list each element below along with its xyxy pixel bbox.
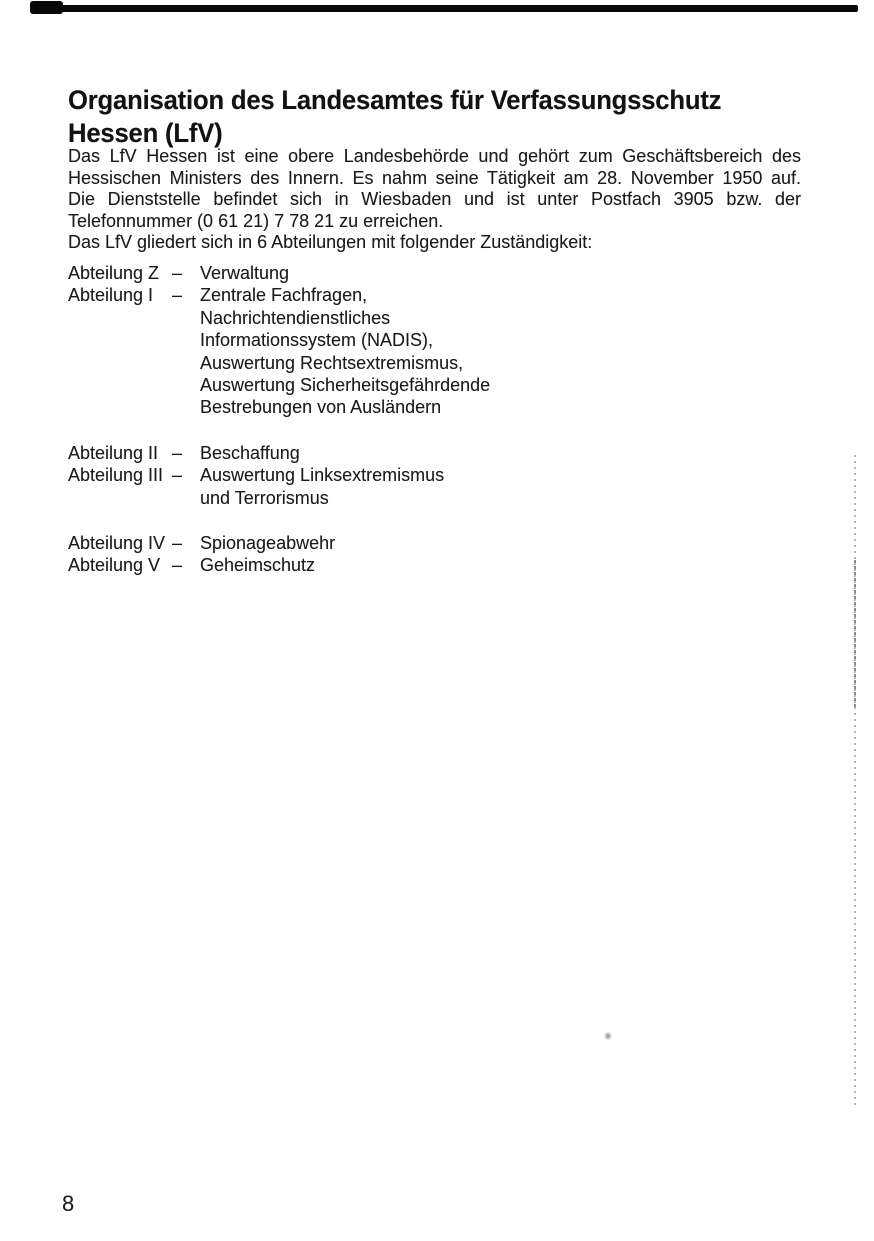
department-row-i: Abteilung I – Zentrale Fachfragen, Nachr…: [68, 284, 688, 418]
department-desc-line: Auswertung Sicherheitsgefährdende: [200, 374, 688, 396]
department-row-z: Abteilung Z – Verwaltung: [68, 262, 688, 284]
intro-line-5: Das LfV gliedert sich in 6 Abteilungen m…: [68, 232, 801, 254]
department-description: Beschaffung: [200, 442, 688, 464]
department-group-3: Abteilung IV – Spionageabwehr Abteilung …: [68, 532, 688, 577]
department-row-ii: Abteilung II – Beschaffung: [68, 442, 688, 464]
department-desc-line: Beschaffung: [200, 442, 688, 464]
department-desc-line: Auswertung Linksextremismus: [200, 464, 688, 486]
department-row-v: Abteilung V – Geheimschutz: [68, 554, 688, 576]
department-desc-line: Zentrale Fachfragen,: [200, 284, 688, 306]
dash-separator: –: [172, 464, 200, 486]
department-description: Zentrale Fachfragen, Nachrichtendienstli…: [200, 284, 688, 418]
intro-line-2: Hessischen Ministers des Innern. Es nahm…: [68, 168, 801, 190]
scan-smudge-artifact: [604, 1030, 612, 1040]
department-label: Abteilung II: [68, 442, 172, 464]
intro-paragraph: Das LfV Hessen ist eine obere Landesbehö…: [68, 146, 801, 254]
scan-edge-artifact-right: [854, 455, 856, 1107]
department-label: Abteilung V: [68, 554, 172, 576]
dash-separator: –: [172, 284, 200, 306]
intro-line-4: Telefonnummer (0 61 21) 7 78 21 zu errei…: [68, 211, 801, 233]
department-row-iii: Abteilung III – Auswertung Linksextremis…: [68, 464, 688, 509]
page-title-line-1: Organisation des Landesamtes für Verfass…: [68, 84, 721, 117]
department-row-iv: Abteilung IV – Spionageabwehr: [68, 532, 688, 554]
department-label: Abteilung Z: [68, 262, 172, 284]
department-description: Spionageabwehr: [200, 532, 688, 554]
scan-edge-artifact-top-left: [30, 1, 63, 14]
intro-line-1: Das LfV Hessen ist eine obere Landesbehö…: [68, 146, 801, 168]
scan-edge-artifact-top: [31, 5, 858, 12]
department-description: Verwaltung: [200, 262, 688, 284]
scanned-document-page: Organisation des Landesamtes für Verfass…: [0, 0, 874, 1241]
department-desc-line: Verwaltung: [200, 262, 688, 284]
department-group-2: Abteilung II – Beschaffung Abteilung III…: [68, 442, 688, 509]
dash-separator: –: [172, 532, 200, 554]
department-desc-line: Informationssystem (NADIS),: [200, 329, 688, 351]
page-title: Organisation des Landesamtes für Verfass…: [68, 84, 721, 150]
department-desc-line: Nachrichtendienstliches: [200, 307, 688, 329]
dash-separator: –: [172, 262, 200, 284]
dash-separator: –: [172, 554, 200, 576]
intro-line-3: Die Dienststelle befindet sich in Wiesba…: [68, 189, 801, 211]
department-label: Abteilung IV: [68, 532, 172, 554]
department-label: Abteilung I: [68, 284, 172, 306]
department-group-1: Abteilung Z – Verwaltung Abteilung I – Z…: [68, 262, 688, 419]
department-desc-line: Spionageabwehr: [200, 532, 688, 554]
department-desc-line: Geheimschutz: [200, 554, 688, 576]
department-label: Abteilung III: [68, 464, 172, 486]
department-description: Geheimschutz: [200, 554, 688, 576]
page-number: 8: [62, 1191, 74, 1217]
departments-list: Abteilung Z – Verwaltung Abteilung I – Z…: [68, 262, 688, 577]
department-desc-line: Bestrebungen von Ausländern: [200, 396, 688, 418]
dash-separator: –: [172, 442, 200, 464]
scan-edge-artifact-right-dark: [854, 560, 856, 710]
department-description: Auswertung Linksextremismus und Terroris…: [200, 464, 688, 509]
department-desc-line: und Terrorismus: [200, 487, 688, 509]
department-desc-line: Auswertung Rechtsextremismus,: [200, 352, 688, 374]
